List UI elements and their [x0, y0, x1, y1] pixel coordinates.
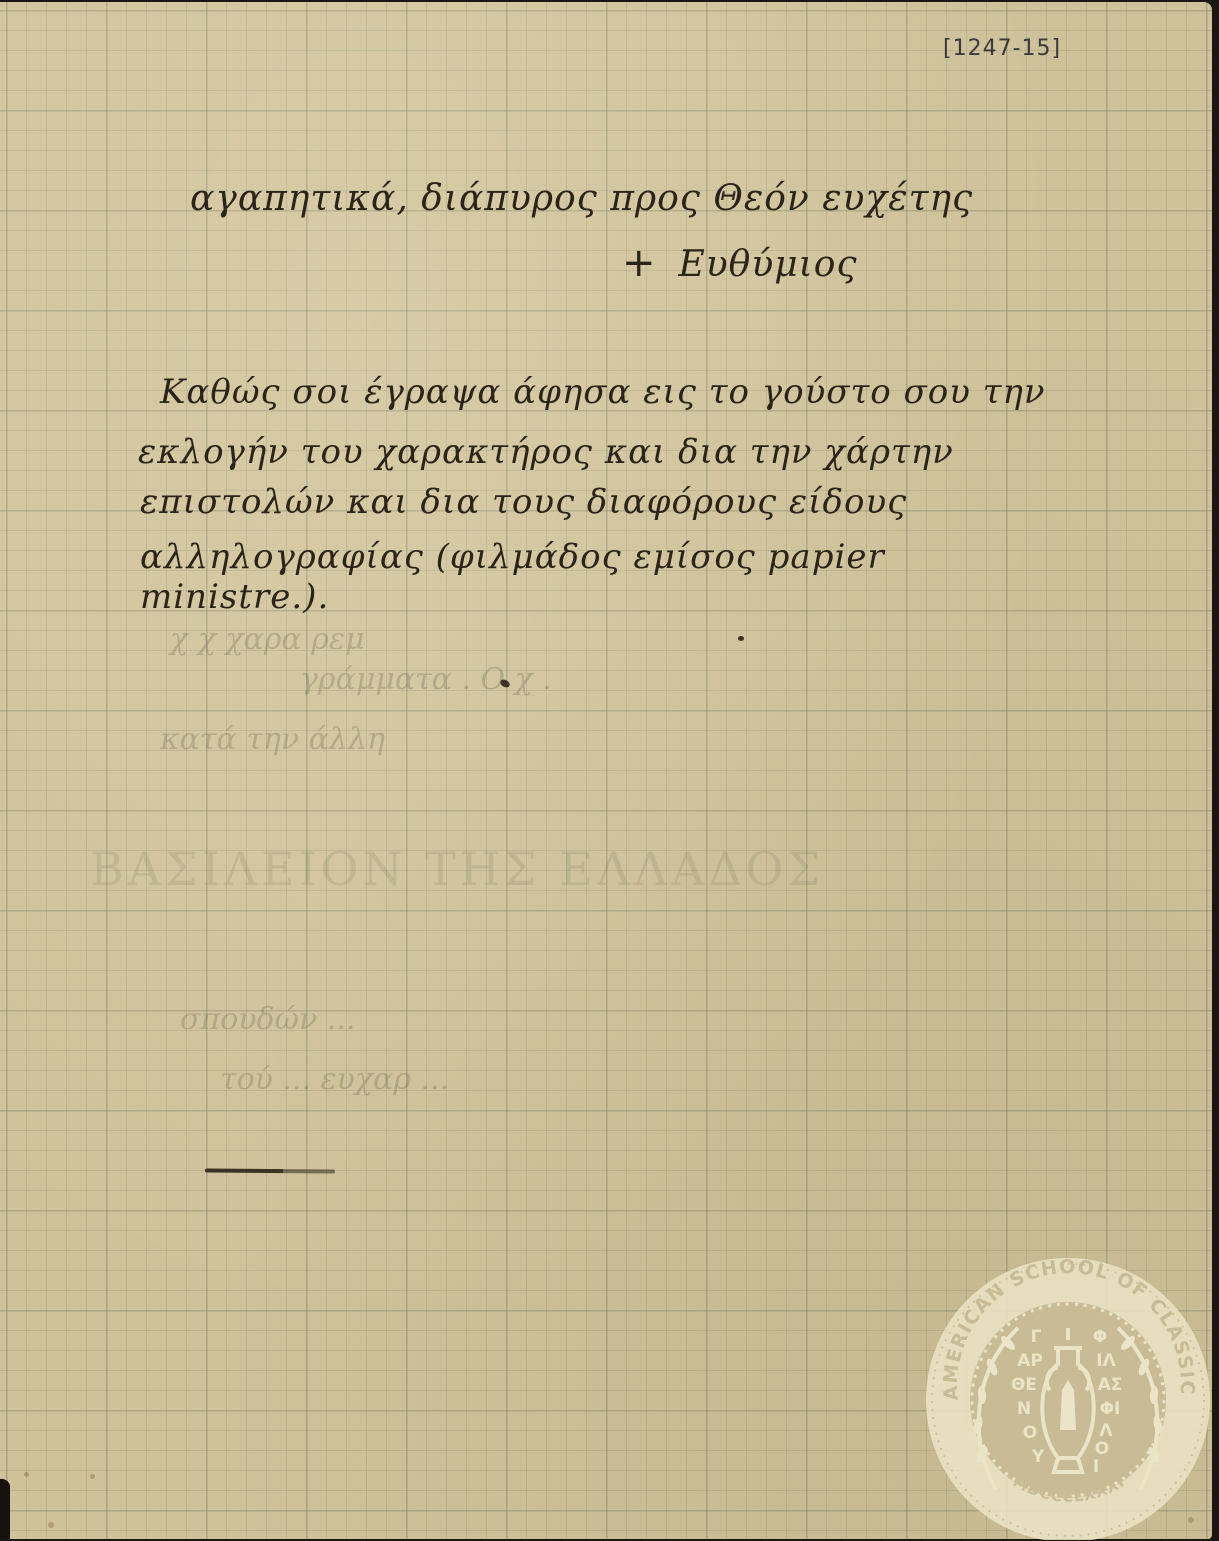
- seal-letter: Γ: [1031, 1327, 1042, 1347]
- body-line: Καθώς σοι έγραψα άφησα εις το γούστο σου…: [160, 372, 1046, 412]
- seal-letter: Λ: [1099, 1421, 1113, 1441]
- archive-reference: [1247-15]: [943, 36, 1061, 61]
- seal-letter: Φ: [1093, 1327, 1107, 1347]
- body-line: αλληλογραφίας (φιλμάδος εμίσος papier: [140, 537, 885, 577]
- seal-letter: Υ: [1031, 1447, 1045, 1467]
- cross-icon: +: [622, 240, 657, 286]
- bleed-through-heading: ΒΑΣΙΛΕΙΟΝ ΤΗΣ ΕΛΛΑΔΟΣ: [90, 842, 824, 896]
- closing-line: αγαπητικά, διάπυρος προς Θεόν ευχέτης: [190, 178, 973, 219]
- body-line: ministre.).: [140, 577, 329, 617]
- seal-letter: Ο: [1023, 1423, 1037, 1443]
- bleed-through-line: κατά την άλλη: [160, 722, 385, 757]
- signature-name: Ευθύμιος: [679, 244, 858, 285]
- seal-letter: ΙΛ: [1096, 1351, 1116, 1371]
- seal-letter: ΦΙ: [1100, 1399, 1121, 1419]
- ink-underline-mark: [205, 1168, 335, 1173]
- stain: [24, 1472, 29, 1477]
- seal-letter: ΑΣ: [1098, 1375, 1123, 1395]
- bleed-through-line: χ χ χαρα ρεμ: [170, 622, 365, 657]
- page-edge-shadow: [0, 1479, 10, 1539]
- ink-mark: [738, 636, 744, 641]
- seal-letter: Ι: [1093, 1457, 1099, 1477]
- signature: +Ευθύμιος: [622, 240, 858, 286]
- seal-letter: Ν: [1017, 1399, 1031, 1419]
- stain: [48, 1522, 54, 1528]
- bleed-through-line: γράμματα . Ο χ .: [300, 662, 552, 697]
- seal-letter: ΑΡ: [1017, 1351, 1043, 1371]
- seal-letter: ΘΕ: [1011, 1375, 1037, 1395]
- bleed-through-line: σπουδών ...: [180, 1002, 355, 1037]
- body-line: επιστολών και δια τους διαφόρους είδους: [140, 482, 907, 522]
- institution-seal: AMERICAN SCHOOL OF CLASSICAL STVDIES AT …: [918, 1240, 1218, 1540]
- seal-letter: Ο: [1095, 1439, 1109, 1459]
- body-line: εκλογήν του χαρακτήρος και δια την χάρτη…: [138, 432, 954, 472]
- bleed-through-line: τού ... ευχαρ ...: [220, 1062, 449, 1097]
- stain: [90, 1474, 95, 1479]
